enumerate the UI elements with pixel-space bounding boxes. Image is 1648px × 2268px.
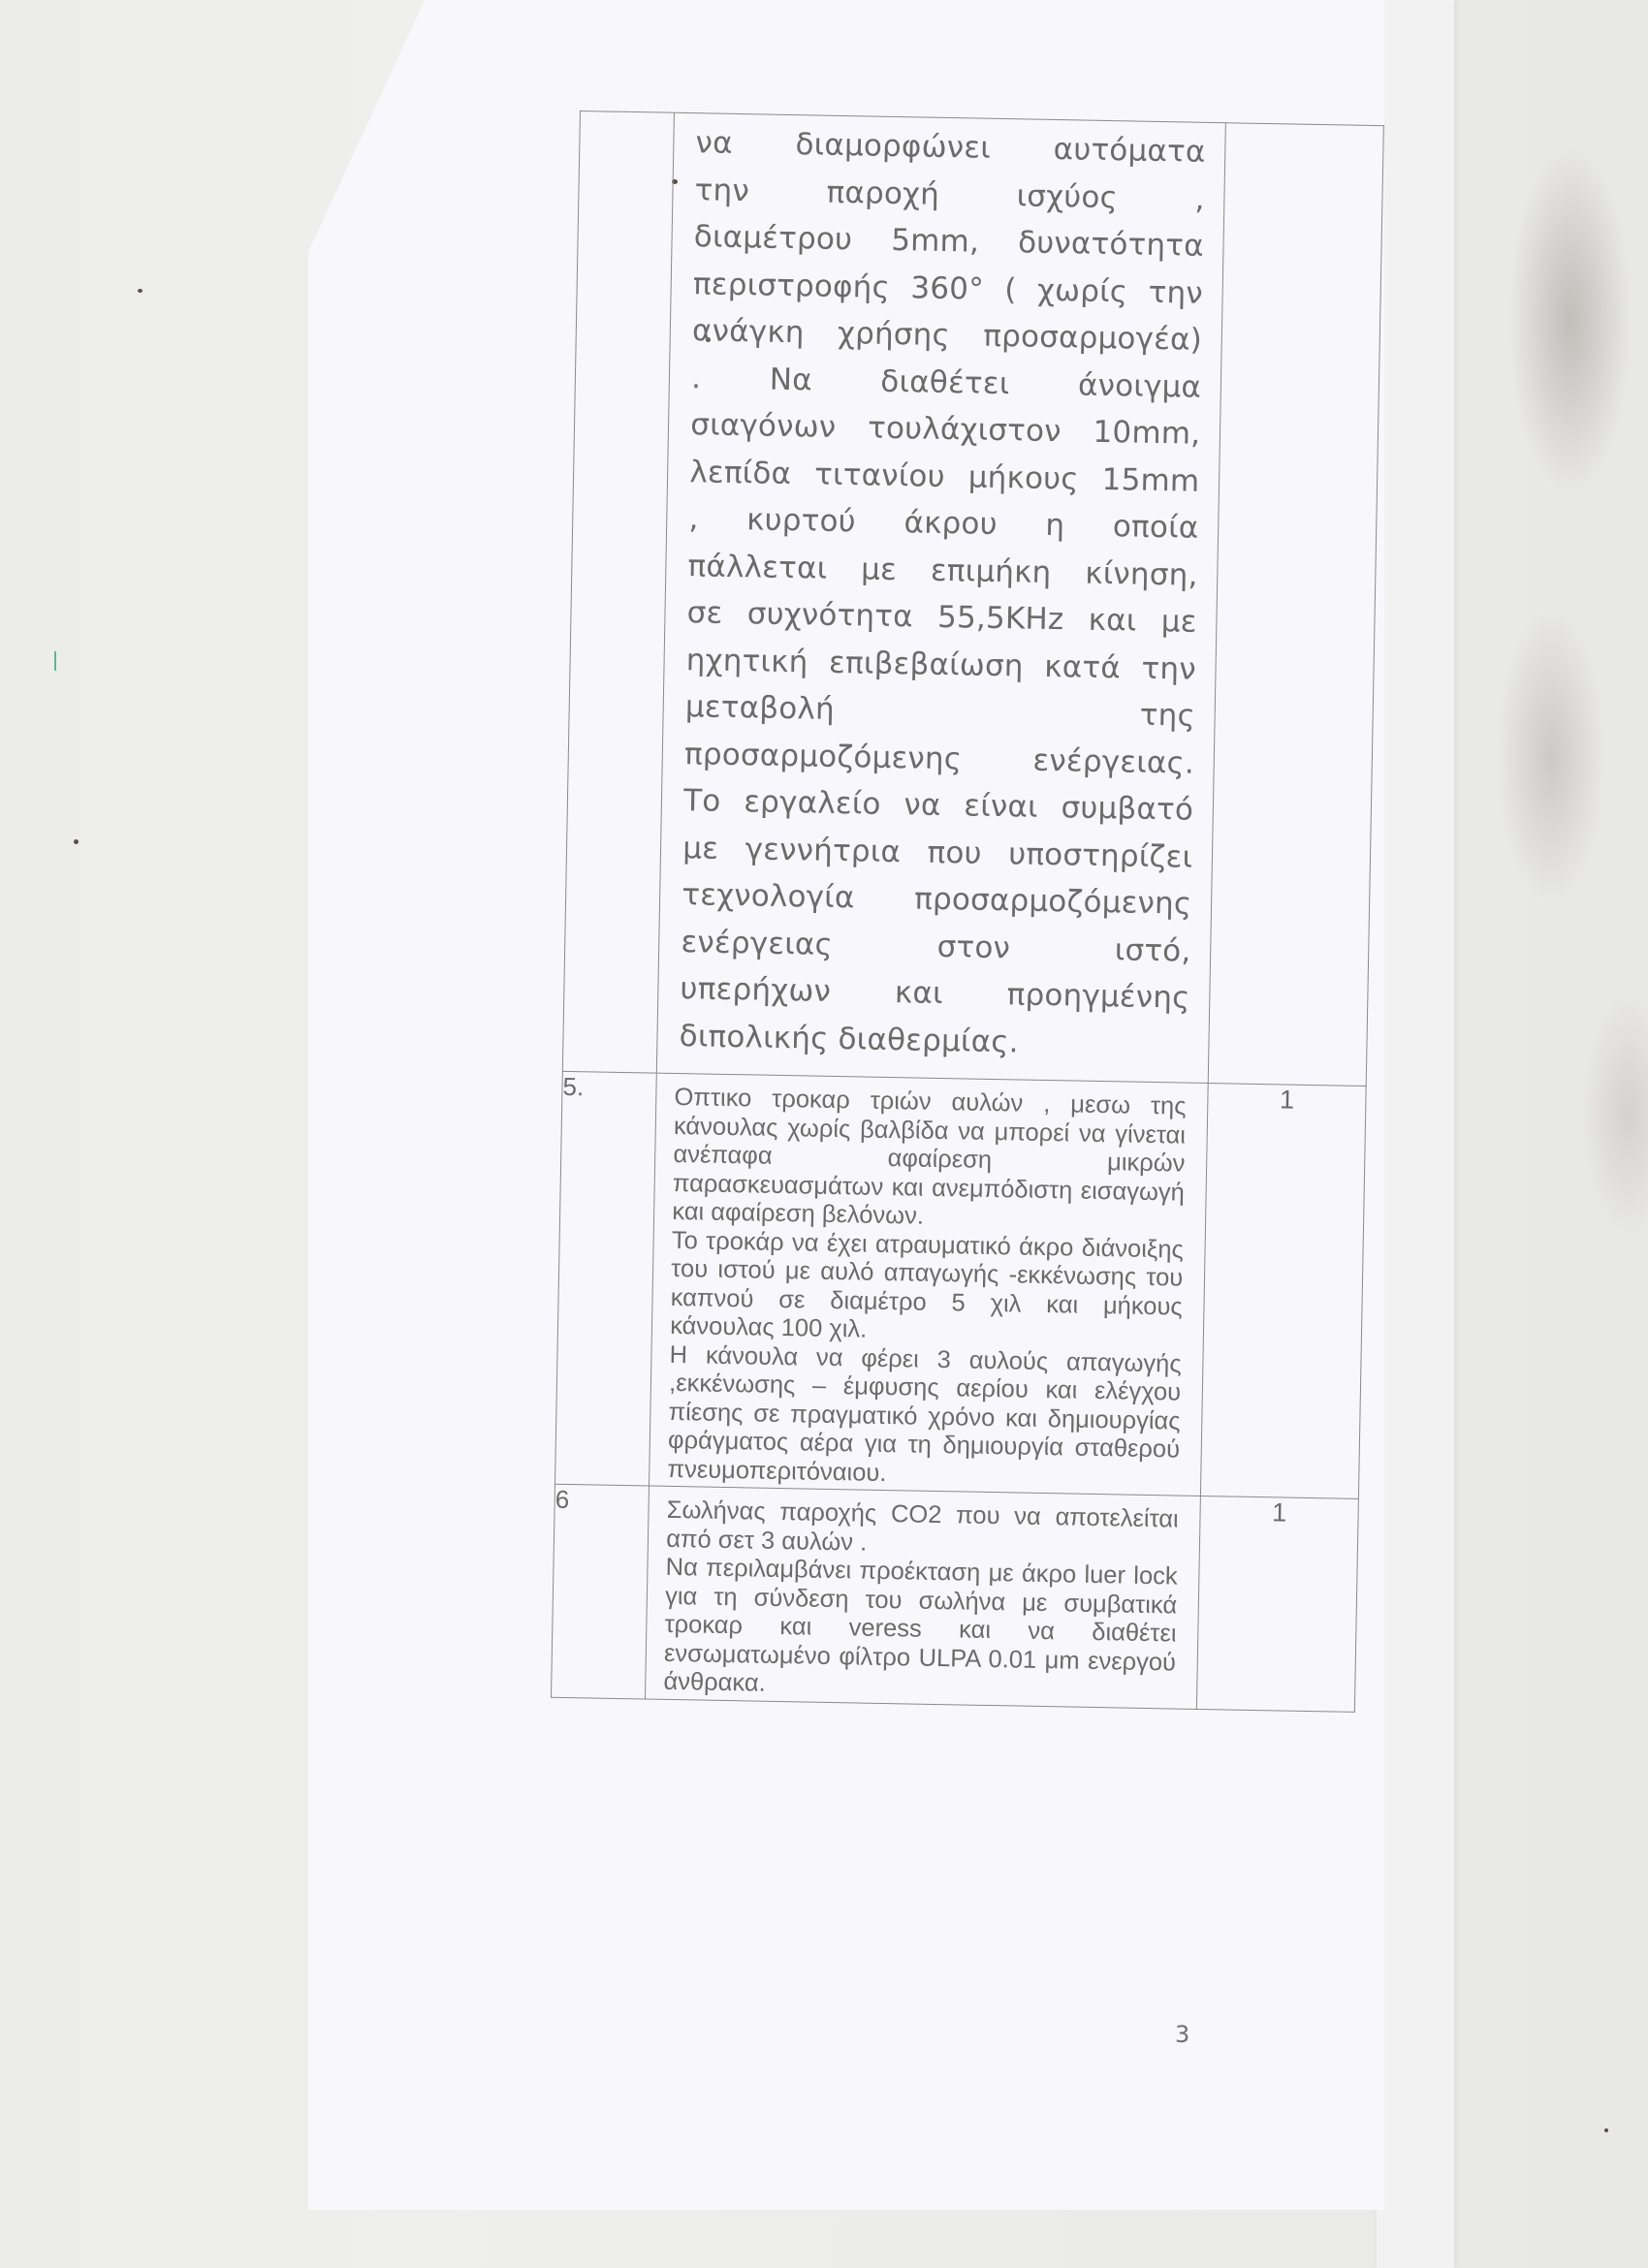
ink-mark — [54, 651, 66, 671]
item-description: Οπτικο τροκαρ τριών αυλών , μεσω της κάν… — [650, 1074, 1208, 1496]
underlying-sheet-edge — [1377, 0, 1454, 2268]
item-description: Σωλήνας παροχής CO2 που να αποτελείται α… — [646, 1487, 1200, 1709]
specification-table-container: να διαμορφώνει αυτόματατην παροχή ισχύος… — [551, 110, 1384, 1712]
description-cell: Οπτικο τροκαρ τριών αυλών , μεσω της κάν… — [650, 1073, 1209, 1496]
item-quantity: 1 — [1201, 1084, 1367, 1499]
table-row: 6 Σωλήνας παροχής CO2 που να αποτελείται… — [552, 1484, 1359, 1712]
quantity-cell — [1208, 123, 1383, 1087]
description-line: μεταβολή της — [685, 683, 1196, 740]
description-cell: να διαμορφώνει αυτόματατην παροχή ισχύος… — [657, 112, 1226, 1083]
item-number: 6 — [552, 1484, 650, 1698]
description-line: να διαμορφώνει αυτόματα — [695, 119, 1206, 175]
description-line: διπολικής διαθερμίας. — [679, 1013, 1189, 1069]
table-row-continued: να διαμορφώνει αυτόματατην παροχή ισχύος… — [562, 111, 1383, 1087]
description-line: τεχνολογία προσαρμοζόμενης — [681, 871, 1192, 928]
item-number: 5. — [555, 1071, 657, 1486]
description-line: διαμέτρου 5mm, δυνατότητα — [693, 213, 1204, 269]
description-line: Το εργαλείο να είναι συμβατό — [683, 777, 1194, 834]
dust-speck — [138, 289, 143, 293]
description-paragraph: Το τροκάρ να έχει ατραυματικό άκρο διάνο… — [670, 1226, 1184, 1350]
dust-speck — [74, 839, 79, 844]
description-line: σιαγόνων τουλάχιστον 10mm, — [690, 401, 1201, 457]
item-number-cell — [562, 111, 674, 1074]
continued-description: να διαμορφώνει αυτόματατην παροχή ισχύος… — [657, 113, 1225, 1083]
description-paragraph: Σωλήνας παροχής CO2 που να αποτελείται α… — [666, 1496, 1179, 1563]
dust-speck — [1604, 2128, 1608, 2132]
item-quantity: 1 — [1197, 1496, 1359, 1711]
description-line: υπερήχων και προηγμένης — [680, 965, 1190, 1022]
description-paragraph: Να περιλαμβάνει προέκταση με άκρο luer l… — [663, 1554, 1178, 1706]
table-row: 5. Οπτικο τροκαρ τριών αυλών , μεσω της … — [555, 1071, 1367, 1498]
page-number: 3 — [1175, 2021, 1189, 2048]
description-cell: Σωλήνας παροχής CO2 που να αποτελείται α… — [646, 1486, 1201, 1709]
specification-table: να διαμορφώνει αυτόματατην παροχή ισχύος… — [551, 110, 1384, 1712]
description-line: ανάγκη χρήσης προσαρμογέα) — [692, 307, 1203, 363]
description-paragraph: Οπτικο τροκαρ τριών αυλών , μεσω της κάν… — [672, 1084, 1187, 1236]
description-line: , κυρτού άκρου η οποία — [688, 495, 1199, 551]
description-line: σε συχνότητα 55,5KHz και με — [686, 589, 1197, 646]
description-paragraph: Η κάνουλα να φέρει 3 αυλούς απαγωγής ,εκ… — [667, 1340, 1182, 1493]
